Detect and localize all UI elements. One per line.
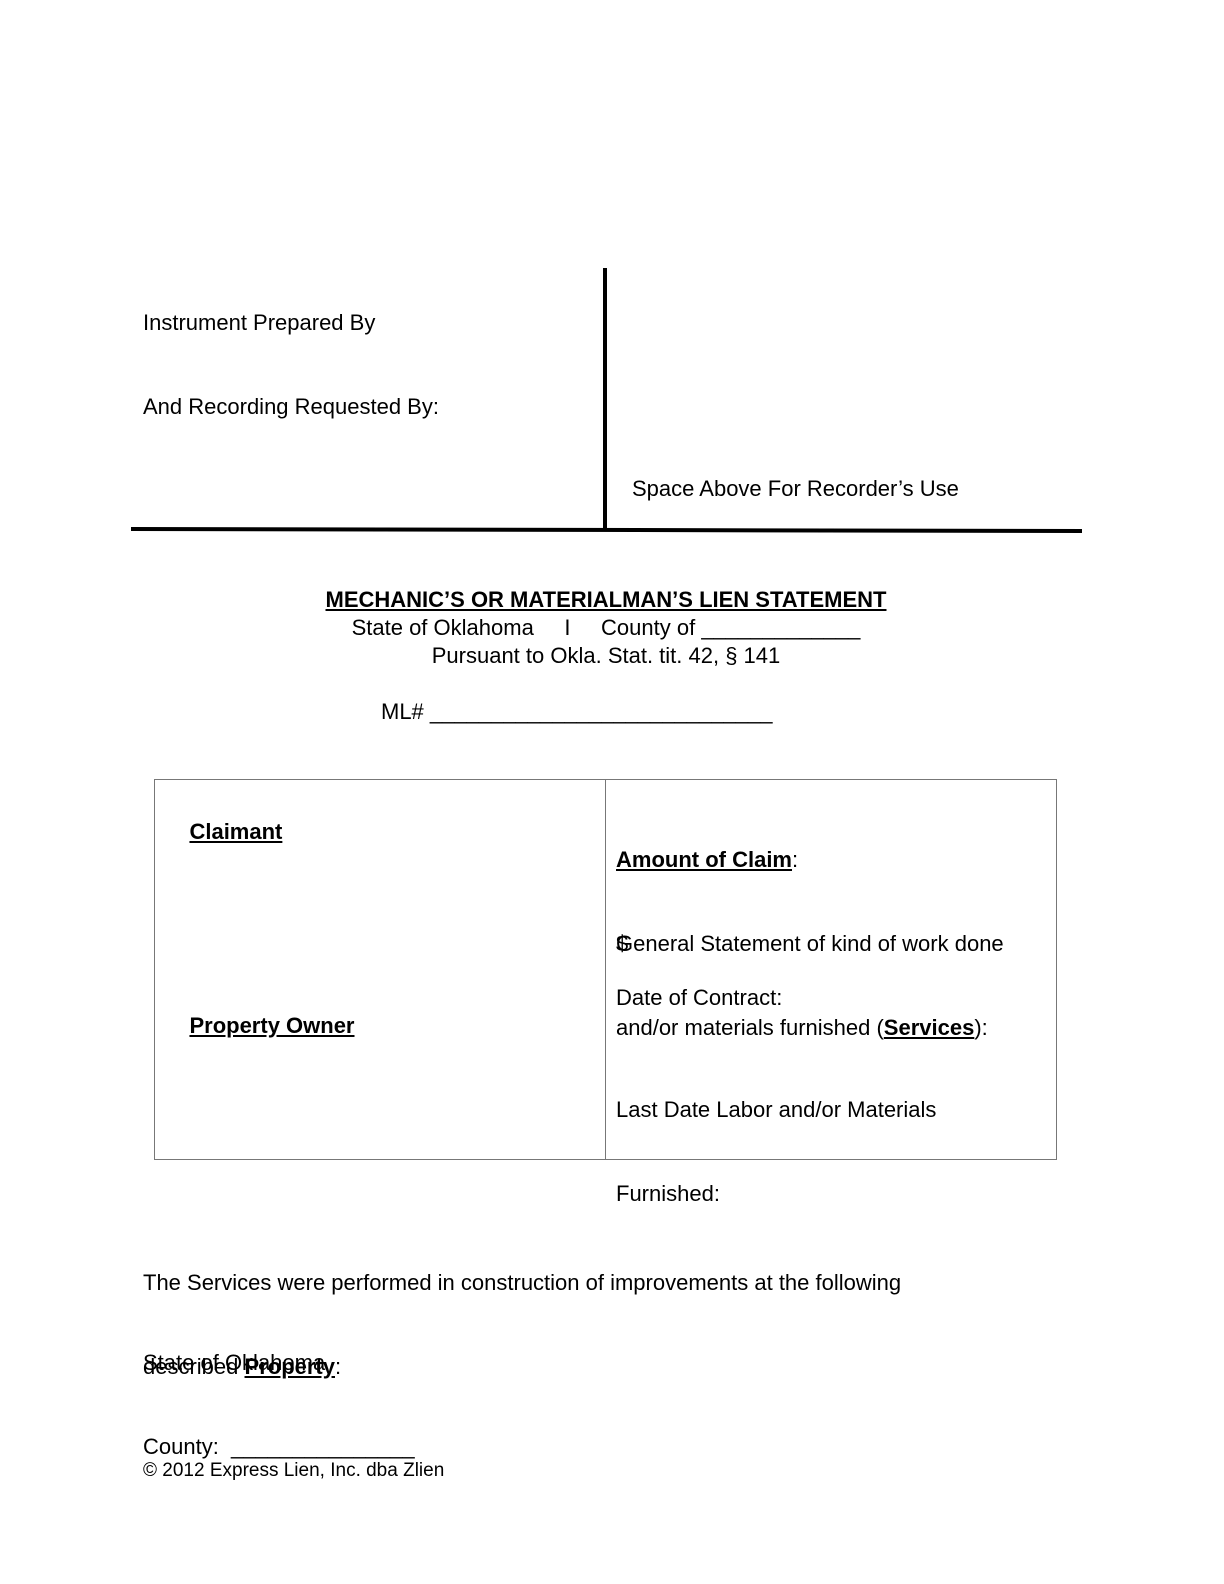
amount-colon: : [792, 847, 798, 872]
amount-of-claim-label: Amount of Claim [616, 847, 792, 872]
table-column-divider [605, 780, 606, 1159]
recorder-box-vertical-rule [603, 268, 607, 531]
statute-line: Pursuant to Okla. Stat. tit. 42, § 141 [0, 642, 1212, 670]
last-date-line1: Last Date Labor and/or Materials [616, 1096, 936, 1124]
ml-number-field: ML# ____________________________ [381, 698, 773, 726]
title-block: MECHANIC’S OR MATERIALMAN’S LIEN STATEME… [0, 586, 1212, 670]
prepared-by-block: Instrument Prepared By And Recording Req… [143, 253, 439, 449]
claimant-cell: Claimant [165, 790, 282, 874]
general-statement-line2-suffix: ): [974, 1015, 987, 1040]
recorder-space-label: Space Above For Recorder’s Use [632, 475, 959, 503]
property-state: State of Oklahoma [143, 1349, 415, 1377]
prepared-by-line1: Instrument Prepared By [143, 309, 439, 337]
document-title: MECHANIC’S OR MATERIALMAN’S LIEN STATEME… [0, 586, 1212, 614]
property-owner-label: Property Owner [189, 1013, 354, 1038]
property-county-field: County: _______________ [143, 1433, 415, 1461]
property-owner-cell: Property Owner [165, 984, 355, 1068]
prepared-by-line2: And Recording Requested By: [143, 393, 439, 421]
copyright-footer: © 2012 Express Lien, Inc. dba Zlien [143, 1459, 444, 1483]
general-statement-line1: General Statement of kind of work done [616, 930, 1004, 958]
claimant-label: Claimant [189, 819, 282, 844]
last-date-line2: Furnished: [616, 1180, 936, 1208]
services-label: Services [884, 1015, 975, 1040]
claim-table: Claimant Property Owner Amount of Claim:… [154, 779, 1057, 1160]
recorder-box-horizontal-rule [131, 527, 1082, 533]
state-county-line: State of Oklahoma I County of __________… [0, 614, 1212, 642]
general-statement-line2-prefix: and/or materials furnished ( [616, 1015, 884, 1040]
date-of-contract-label: Date of Contract: [616, 984, 782, 1012]
